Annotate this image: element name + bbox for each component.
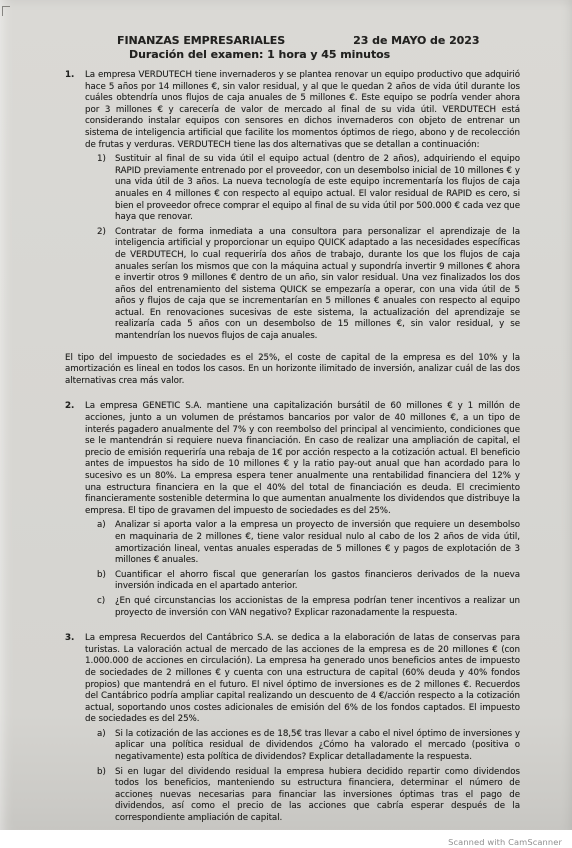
- question-2-body: La empresa GENETIC S.A. mantiene una cap…: [85, 401, 520, 619]
- question-1-subitem-2: 2) Contratar de forma inmediata a una co…: [97, 227, 520, 343]
- question-3-number: 3.: [65, 633, 85, 825]
- exam-date: 23 de MAYO de 2023: [353, 34, 479, 48]
- subitem-label: b): [97, 767, 115, 825]
- exam-content: FINANZAS EMPRESARIALES 23 de MAYO de 202…: [0, 0, 572, 825]
- course-title: FINANZAS EMPRESARIALES: [117, 34, 285, 48]
- question-2-number: 2.: [65, 401, 85, 619]
- subitem-text: ¿En qué circunstancias los accionistas d…: [115, 596, 520, 619]
- question-1-subitem-1: 1) Sustituir al final de su vida útil el…: [97, 154, 520, 224]
- question-1-body: La empresa VERDUTECH tiene invernaderos …: [85, 70, 520, 343]
- question-2-subitem-c: c) ¿En qué circunstancias los accionista…: [97, 596, 520, 619]
- subitem-label: c): [97, 596, 115, 619]
- subitem-label: b): [97, 570, 115, 593]
- question-1-intro: La empresa VERDUTECH tiene invernaderos …: [85, 70, 520, 151]
- subitem-text: Cuantificar el ahorro fiscal que generar…: [115, 570, 520, 593]
- camscanner-watermark: Scanned with CamScanner: [448, 834, 562, 848]
- question-1: 1. La empresa VERDUTECH tiene invernader…: [65, 70, 520, 343]
- subitem-label: 2): [97, 227, 115, 343]
- question-3-intro: La empresa Recuerdos del Cantábrico S.A.…: [85, 633, 520, 726]
- subitem-text: Analizar si aporta valor a la empresa un…: [115, 520, 520, 566]
- question-2-subitem-b: b) Cuantificar el ahorro fiscal que gene…: [97, 570, 520, 593]
- subitem-label: a): [97, 520, 115, 566]
- question-3-body: La empresa Recuerdos del Cantábrico S.A.…: [85, 633, 520, 825]
- exam-header-line1: FINANZAS EMPRESARIALES 23 de MAYO de 202…: [117, 34, 520, 48]
- subitem-text: Si la cotización de las acciones es de 1…: [115, 729, 520, 764]
- question-2-subitem-a: a) Analizar si aporta valor a la empresa…: [97, 520, 520, 566]
- question-1-outro: El tipo del impuesto de sociedades es el…: [65, 353, 520, 388]
- question-3-subitem-a: a) Si la cotización de las acciones es d…: [97, 729, 520, 764]
- subitem-text: Contratar de forma inmediata a una consu…: [115, 227, 520, 343]
- question-2: 2. La empresa GENETIC S.A. mantiene una …: [65, 401, 520, 619]
- question-2-intro: La empresa GENETIC S.A. mantiene una cap…: [85, 401, 520, 517]
- subitem-label: 1): [97, 154, 115, 224]
- exam-duration: Duración del examen: 1 hora y 45 minutos: [129, 48, 520, 62]
- question-3: 3. La empresa Recuerdos del Cantábrico S…: [65, 633, 520, 825]
- scanner-footer-strip: Scanned with CamScanner: [0, 830, 572, 848]
- scanned-exam-page: FINANZAS EMPRESARIALES 23 de MAYO de 202…: [0, 0, 572, 830]
- subitem-text: Si en lugar del dividendo residual la em…: [115, 767, 520, 825]
- subitem-text: Sustituir al final de su vida útil el eq…: [115, 154, 520, 224]
- question-3-subitem-b: b) Si en lugar del dividendo residual la…: [97, 767, 520, 825]
- question-1-number: 1.: [65, 70, 85, 343]
- subitem-label: a): [97, 729, 115, 764]
